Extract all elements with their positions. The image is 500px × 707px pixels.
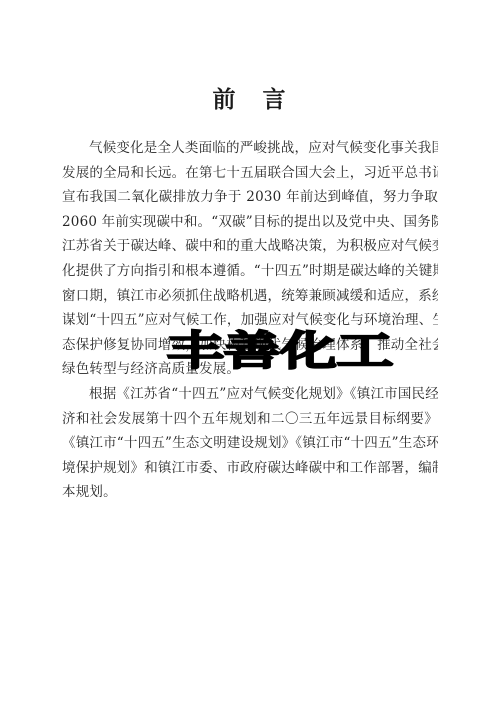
body-line: 发展的全局和长远。在第七十五届联合国大会上，习近平总书记: [62, 161, 438, 186]
body-line: 化提供了方向指引和根本遵循。“十四五”时期是碳达峰的关键期、: [62, 259, 438, 284]
body-line: 2060 年前实现碳中和。“双碳”目标的提出以及党中央、国务院和: [62, 210, 438, 235]
body-line: 根据《江苏省“十四五”应对气候变化规划》《镇江市国民经: [62, 382, 438, 407]
body-line: 窗口期，镇江市必须抓住战略机遇，统筹兼顾减缓和适应，系统: [62, 284, 438, 309]
paragraph-2: 根据《江苏省“十四五”应对气候变化规划》《镇江市国民经 济和社会发展第十四个五年…: [62, 382, 438, 505]
body-line: 江苏省关于碳达峰、碳中和的重大战略决策，为积极应对气候变: [62, 234, 438, 259]
body-line: 气候变化是全人类面临的严峻挑战，应对气候变化事关我国: [62, 136, 438, 161]
document-page: 前 言 气候变化是全人类面临的严峻挑战，应对气候变化事关我国 发展的全局和长远。…: [0, 0, 500, 707]
body-text: 气候变化是全人类面临的严峻挑战，应对气候变化事关我国 发展的全局和长远。在第七十…: [62, 136, 438, 505]
page-title: 前 言: [0, 86, 500, 114]
body-line: 境保护规划》和镇江市委、市政府碳达峰碳中和工作部署，编制: [62, 456, 438, 481]
body-line: 济和社会发展第十四个五年规划和二〇三五年远景目标纲要》: [62, 407, 438, 432]
watermark-text: 丰善化工: [167, 331, 393, 371]
body-line: 宣布我国二氧化碳排放力争于 2030 年前达到峰值，努力争取: [62, 185, 438, 210]
body-line: 本规划。: [62, 480, 438, 505]
body-line: 《镇江市“十四五”生态文明建设规划》《镇江市“十四五”生态环: [62, 431, 438, 456]
